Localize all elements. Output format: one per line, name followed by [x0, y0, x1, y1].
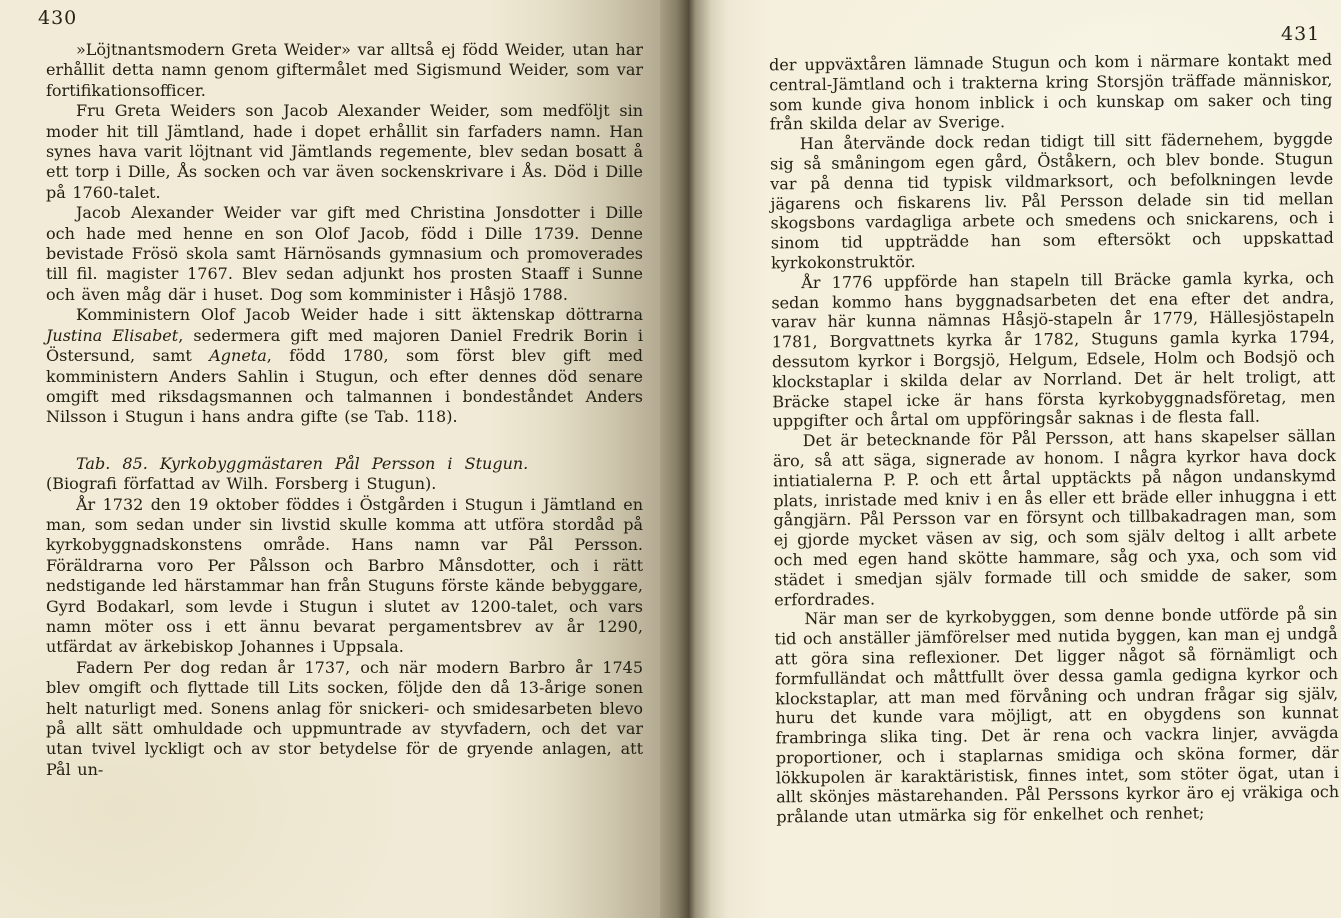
paragraph: Han återvände dock redan tidigt till sit… — [770, 129, 1334, 273]
paragraph: När man ser de kyrkobyggen, som denne bo… — [774, 604, 1339, 827]
paragraph: Fru Greta Weiders son Jacob Alexander We… — [46, 101, 643, 203]
person-name-italic: Agneta — [209, 346, 267, 365]
book-spread-scan: 430 431 »Löjtnantsmodern Greta Weider» v… — [0, 0, 1341, 918]
left-page-number: 430 — [38, 7, 77, 29]
person-name-italic: Justina Elisabet — [46, 326, 178, 345]
paragraph: Jacob Alexander Weider var gift med Chri… — [46, 203, 643, 305]
right-page-number: 431 — [1281, 23, 1320, 45]
paragraph: Komministern Olof Jacob Weider hade i si… — [46, 305, 643, 427]
paragraph: Det är betecknande för Pål Persson, att … — [773, 426, 1338, 610]
paragraph-text: Komministern Olof Jacob Weider hade i si… — [76, 305, 643, 324]
paragraph-continuation: der uppväxtåren lämnade Stugun och kom i… — [769, 50, 1333, 135]
paragraph: »Löjtnantsmodern Greta Weider» var allts… — [46, 40, 643, 101]
right-page-text-column: der uppväxtåren lämnade Stugun och kom i… — [769, 50, 1339, 827]
table-85-heading: Tab. 85. Kyrkobyggmästaren Pål Persson i… — [46, 454, 643, 474]
left-page-text-column: »Löjtnantsmodern Greta Weider» var allts… — [46, 40, 643, 780]
paragraph: Fadern Per dog redan år 1737, och när mo… — [46, 658, 643, 780]
paragraph: År 1732 den 19 oktober föddes i Östgårde… — [46, 495, 643, 658]
paragraph: År 1776 uppförde han stapeln till Bräcke… — [771, 268, 1335, 432]
table-85-subheading: (Biografi författad av Wilh. Forsberg i … — [46, 474, 643, 494]
